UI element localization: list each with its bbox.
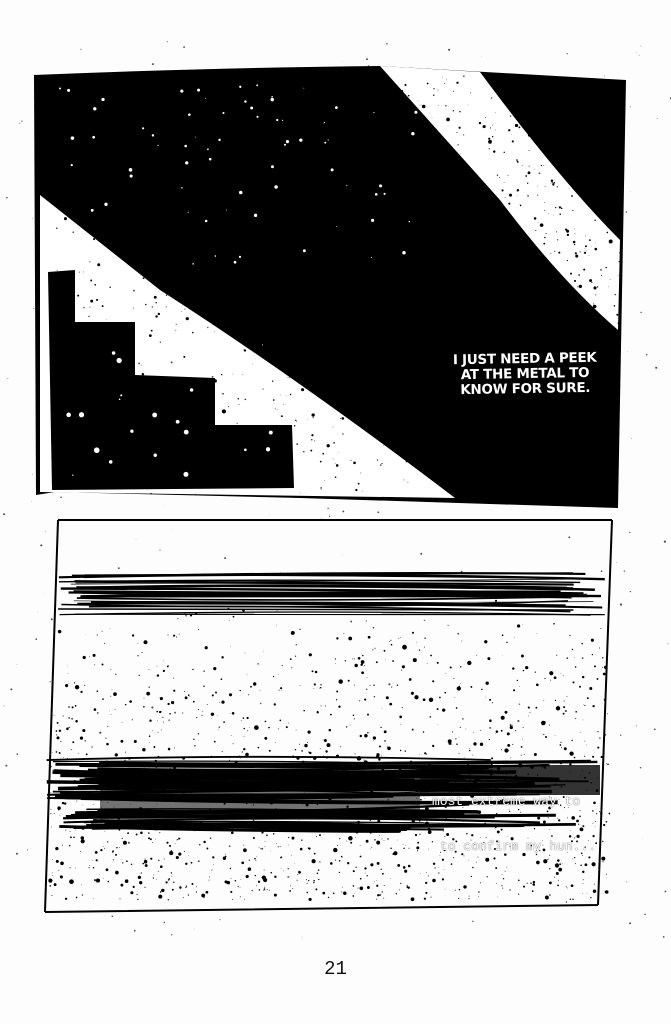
panel-2-typed-caption: most extreme way to to confirm my hun...	[432, 764, 596, 884]
comic-page: I JUST NEED A PEEK AT THE METAL TO KNOW …	[0, 0, 671, 1024]
page-number: 21	[0, 958, 671, 980]
panel-1-art	[34, 66, 626, 508]
typed-line: to confirm my hun...	[440, 839, 596, 854]
panel-1-caption: I JUST NEED A PEEK AT THE METAL TO KNOW …	[440, 351, 611, 399]
caption-line: KNOW FOR SURE.	[440, 381, 610, 399]
typed-line: most extreme way to	[432, 794, 596, 809]
